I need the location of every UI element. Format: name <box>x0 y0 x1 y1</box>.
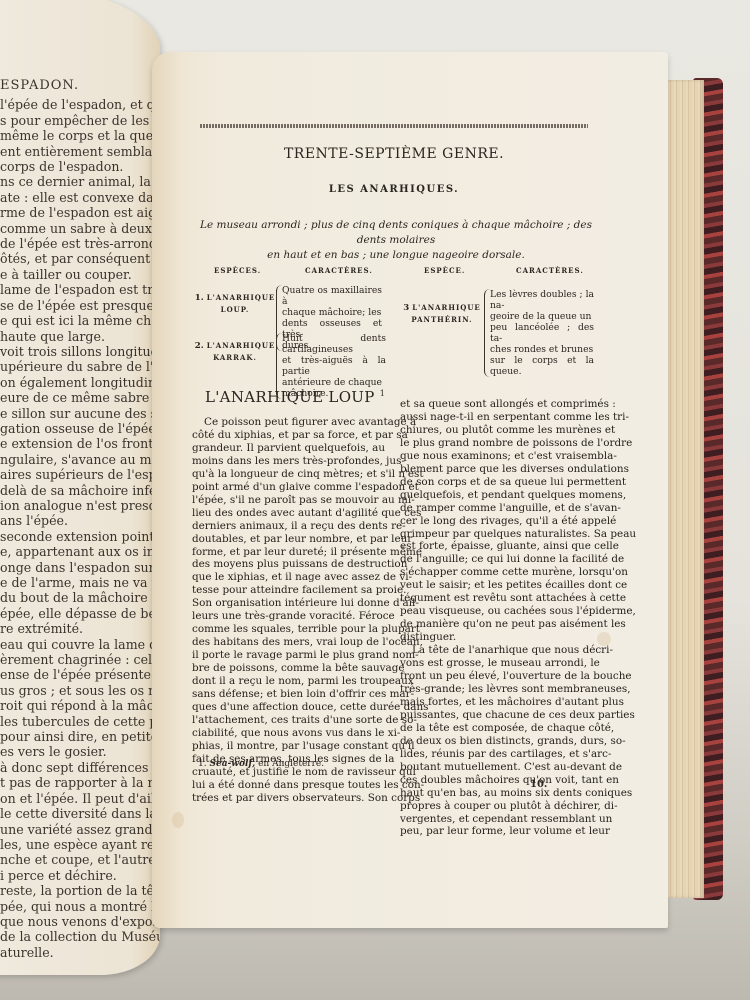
text-line: leurs une très-grande voracité. Féroce <box>192 610 384 623</box>
text-line: même le corps et la queue de l'épée <box>0 128 160 143</box>
text-line: boutant mutuellement. C'est au-devant de <box>400 761 590 774</box>
text-line: de la collection du Muséum d'his- <box>0 929 160 944</box>
text-line: des moyens plus puissans de destruction <box>192 558 384 571</box>
text-line: eure de ce même sabre : on n'aper- <box>0 390 160 405</box>
text-line: sans défense; et bien loin d'offrir ces … <box>192 688 384 701</box>
text-line: ôtés, et par conséquent n'est point <box>0 251 160 266</box>
text-line: une variété assez grande dans la <box>0 822 160 837</box>
text-line: s pour empêcher de les réunir, quand <box>0 113 160 128</box>
article-title: L'ANARHIQUE LOUP 1 <box>205 388 385 406</box>
text-line: qu'à la longueur de cinq mètres; et s'il… <box>192 468 384 481</box>
text-line: e sillon sur aucune des surfaces de la <box>0 406 160 421</box>
text-line: e extension de l'os frontal, pointue <box>0 436 160 451</box>
table-header-species-2: ESPÈCE. <box>424 266 465 275</box>
text-line: veut le saisir; et les petites écailles … <box>400 579 590 592</box>
text-line: que nous examinons; et c'est vraisembla- <box>400 450 590 463</box>
text-line: aussi nage-t-il en serpentant comme les … <box>400 411 590 424</box>
text-line: ces doubles mâchoires qu'on voit, tant e… <box>400 774 590 787</box>
text-line: haut qu'en bas, au moins six dents coniq… <box>400 787 590 800</box>
text-line: delà de sa mâchoire inférieure : une <box>0 483 160 498</box>
text-line: s'échapper comme cette murène, lorsqu'on <box>400 566 590 579</box>
text-line: les, une espèce ayant reçu un glaive <box>0 837 160 852</box>
diagnosis-line: en haut et en bas ; une longue nageoire … <box>196 248 596 263</box>
text-line: Son organisation intérieure lui donne d'… <box>192 597 384 610</box>
species-1-name: 1. L'ANARHIQUE LOUP. <box>194 292 276 316</box>
text-line: gation osseuse de l'épée. <box>0 421 160 436</box>
text-line: cer le long des rivages, qu'il a été app… <box>400 515 590 528</box>
genre-title: TRENTE-SEPTIÈME GENRE. <box>200 146 588 162</box>
text-line: que nous venons d'exposer, fait <box>0 914 160 929</box>
foxing-spot <box>172 812 184 828</box>
text-line: point armé d'un glaive comme l'espadon e… <box>192 481 384 494</box>
text-line: lui a été donné dans presque toutes les … <box>192 779 384 792</box>
text-line: ns ce dernier animal, la prolongation <box>0 174 160 189</box>
text-line: ngulaire, s'avance au milieu des os <box>0 452 160 467</box>
text-line: e à tailler ou couper. <box>0 267 160 282</box>
text-line: i perce et déchire. <box>0 868 160 883</box>
text-line: ense de l'épée présente des grains <box>0 667 160 682</box>
text-line: front un peu élevé, l'ouverture de la bo… <box>400 670 590 683</box>
text-column-right: et sa queue sont allongés et comprimés :… <box>400 398 590 838</box>
text-line: très-grande; les lèvres sont membraneuse… <box>400 683 590 696</box>
family-title: LES ANARHIQUES. <box>200 184 588 195</box>
footnote: 1. Sea-wolf, en Angleterre. <box>198 759 324 769</box>
left-page-text: ESPADON. l'épée de l'espadon, et qui suf… <box>0 78 160 960</box>
text-line: vergentes, et cependant ressemblant un <box>400 813 590 826</box>
text-line: est forte, épaisse, gluante, ainsi que c… <box>400 540 590 553</box>
text-line: grandeur. Il parvient quelquefois, au <box>192 442 384 455</box>
text-line: doutables, et par leur nombre, et par le… <box>192 533 384 546</box>
text-line: distinguer. <box>400 631 590 644</box>
text-line: mais fortes, et les mâchoires d'autant p… <box>400 696 590 709</box>
text-line: Ce poisson peut figurer avec avantage à <box>192 416 384 429</box>
text-line: ques d'une affection douce, cette durée … <box>192 701 384 714</box>
text-line: voit trois sillons longitudinaux sur la <box>0 344 160 359</box>
page-block-edge <box>668 80 704 898</box>
text-line: de l'anguille; ce qui lui donne la facil… <box>400 553 590 566</box>
text-line: à donc sept différences qui ne per- <box>0 760 160 775</box>
text-line: vons est grosse, le museau arrondi, le <box>400 657 590 670</box>
text-line: reste, la portion de la tête d'un <box>0 883 160 898</box>
genus-diagnosis: Le museau arrondi ; plus de cinq dents c… <box>196 218 596 263</box>
text-line: re extrémité. <box>0 621 160 636</box>
text-line: on et l'épée. Il peut d'ailleurs <box>0 791 160 806</box>
text-line: aires supérieurs de l'espadon, jus- <box>0 467 160 482</box>
text-line: ciabilité, que nous avons vus dans le xi… <box>192 727 384 740</box>
text-line: t pas de rapporter à la même espèce <box>0 775 160 790</box>
text-line: chiures, ou plutôt comme les murènes et <box>400 424 590 437</box>
text-line: l'attachement, ces traits d'une sorte de… <box>192 714 384 727</box>
text-line: e, appartenant aux os intermaxillaires, <box>0 544 160 559</box>
text-line: des habitans des mers, vrai loup de l'oc… <box>192 636 384 649</box>
text-line: lame de l'espadon est très-mince : la <box>0 282 160 297</box>
text-line: grimpeur par quelques naturalistes. Sa p… <box>400 528 590 541</box>
text-line: us gros ; et sous les os maxillaires, <box>0 683 160 698</box>
text-line: l'épée de l'espadon, et qui suffiroient <box>0 97 160 112</box>
text-line: lieu des ondes avec autant d'agilité que… <box>192 507 384 520</box>
text-line: seconde extension pointue et tran- <box>0 529 160 544</box>
table-header-characters: CARACTÈRES. <box>305 266 373 275</box>
text-line: de ramper comme l'anguille, et de s'avan… <box>400 502 590 515</box>
text-line: les tubercules de cette peau sont <box>0 714 160 729</box>
species-3-characters: Les lèvres doubles ; la na- geoire de la… <box>484 289 594 377</box>
text-line: nche et coupe, et l'autre espèce une <box>0 852 160 867</box>
text-line: se de l'épée est presque aussi épaisse <box>0 298 160 313</box>
text-line: le cette diversité dans la forme des <box>0 806 160 821</box>
text-column-left: Ce poisson peut figurer avec avantage àc… <box>192 416 384 805</box>
text-line: aturelle. <box>0 945 160 960</box>
text-line: peau visqueuse, ou cachées sous l'épider… <box>400 605 590 618</box>
text-line: épée, elle dépasse de beaucoup cette <box>0 606 160 621</box>
text-line: quelquefois, et pendant quelques momens, <box>400 489 590 502</box>
text-line: comme les squales, terrible pour la plup… <box>192 623 384 636</box>
text-line: du bout de la mâchoire inférieure : <box>0 590 160 605</box>
text-line: comme un sabre à deux tranchans : <box>0 221 160 236</box>
table-header-characters-2: CARACTÈRES. <box>516 266 584 275</box>
text-line: et sa queue sont allongés et comprimés : <box>400 398 590 411</box>
text-line: blement parce que les diverses ondulatio… <box>400 463 590 476</box>
text-line: trées et par divers observateurs. Son co… <box>192 792 384 805</box>
text-line: pée, qui nous a montré la confor- <box>0 899 160 914</box>
text-line: de la tête est composée, de chaque côté, <box>400 722 590 735</box>
text-line: haute que large. <box>0 329 160 344</box>
text-line: ion analogue n'est presque pas sen- <box>0 498 160 513</box>
signature-mark: 10. <box>530 779 547 790</box>
text-line: corps de l'espadon. <box>0 159 160 174</box>
text-line: le plus grand nombre de poissons de l'or… <box>400 437 590 450</box>
text-line: roit qui répond à la mâchoire infé- <box>0 698 160 713</box>
text-line: côté du xiphias, et par sa force, et par… <box>192 429 384 442</box>
text-line: tesse pour atteindre facilement sa proie… <box>192 584 384 597</box>
text-line: e de l'arme, mais ne va pas jusqu'à <box>0 575 160 590</box>
text-line: dont il a reçu le nom, parmi les troupea… <box>192 675 384 688</box>
text-line: forme, et par leur dureté; il présente m… <box>192 546 384 559</box>
text-line: on également longitudinal sur la face <box>0 375 160 390</box>
footnote-reference: 1 <box>380 389 385 398</box>
text-line: de deux os bien distincts, grands, durs,… <box>400 735 590 748</box>
species-2-name: 2. L'ANARHIQUE KARRAK. <box>194 340 276 364</box>
text-line: ans l'épée. <box>0 513 160 528</box>
text-line: tégument est revêtu sont attachées à cet… <box>400 592 590 605</box>
text-line: que le xiphias, et il nage avec assez de… <box>192 571 384 584</box>
text-line: ate : elle est convexe dans l'épée <box>0 190 160 205</box>
text-line: puissantes, que chacune de ces deux part… <box>400 709 590 722</box>
text-line: pour ainsi dire, en petites dents <box>0 729 160 744</box>
ornamental-rule <box>200 124 588 128</box>
left-page-lines: l'épée de l'espadon, et qui suffiroients… <box>0 97 160 960</box>
text-line: es vers le gosier. <box>0 744 160 759</box>
species-3-name: 3 L'ANARHIQUE PANTHÉRIN. <box>398 302 486 326</box>
text-line: ent entièrement semblables à la queue <box>0 144 160 159</box>
text-line: phias, il montre, par l'usage constant q… <box>192 740 384 753</box>
text-line: de l'épée est très-arrondie le long de <box>0 236 160 251</box>
text-line: derniers animaux, il a reçu des dents re… <box>192 520 384 533</box>
text-line: moins dans les mers très-profondes, jus- <box>192 455 384 468</box>
text-line: l'épée, s'il ne paroît pas se mouvoir au… <box>192 494 384 507</box>
text-line: upérieure du sabre de l'espadon, et <box>0 359 160 374</box>
diagnosis-line: Le museau arrondi ; plus de cinq dents c… <box>196 218 596 248</box>
text-line: La tête de l'anarhique que nous décri- <box>400 644 590 657</box>
text-line: il porte le ravage parmi le plus grand n… <box>192 649 384 662</box>
text-line: eau qui couvre la lame de l'espadon <box>0 637 160 652</box>
table-header-species: ESPÈCES. <box>214 266 261 275</box>
text-line: bre de poissons, comme la bête sauvage <box>192 662 384 675</box>
text-line: e qui est ici la même chose, presque <box>0 313 160 328</box>
text-line: èrement chagrinée : celle qui revê- <box>0 652 160 667</box>
text-line: de manière qu'on ne peut pas aisément le… <box>400 618 590 631</box>
left-running-title: ESPADON. <box>0 78 160 93</box>
text-line: lides, réunis par des cartilages, et s'a… <box>400 748 590 761</box>
text-line: peu, par leur forme, leur volume et leur <box>400 825 590 838</box>
text-line: rme de l'espadon est aiguë sur ses <box>0 205 160 220</box>
text-line: propres à couper ou plutôt à déchirer, d… <box>400 800 590 813</box>
text-line: onge dans l'espadon sur la face in- <box>0 560 160 575</box>
left-page: ESPADON. l'épée de l'espadon, et qui suf… <box>0 0 160 975</box>
text-line: de son corps et de sa queue lui permette… <box>400 476 590 489</box>
